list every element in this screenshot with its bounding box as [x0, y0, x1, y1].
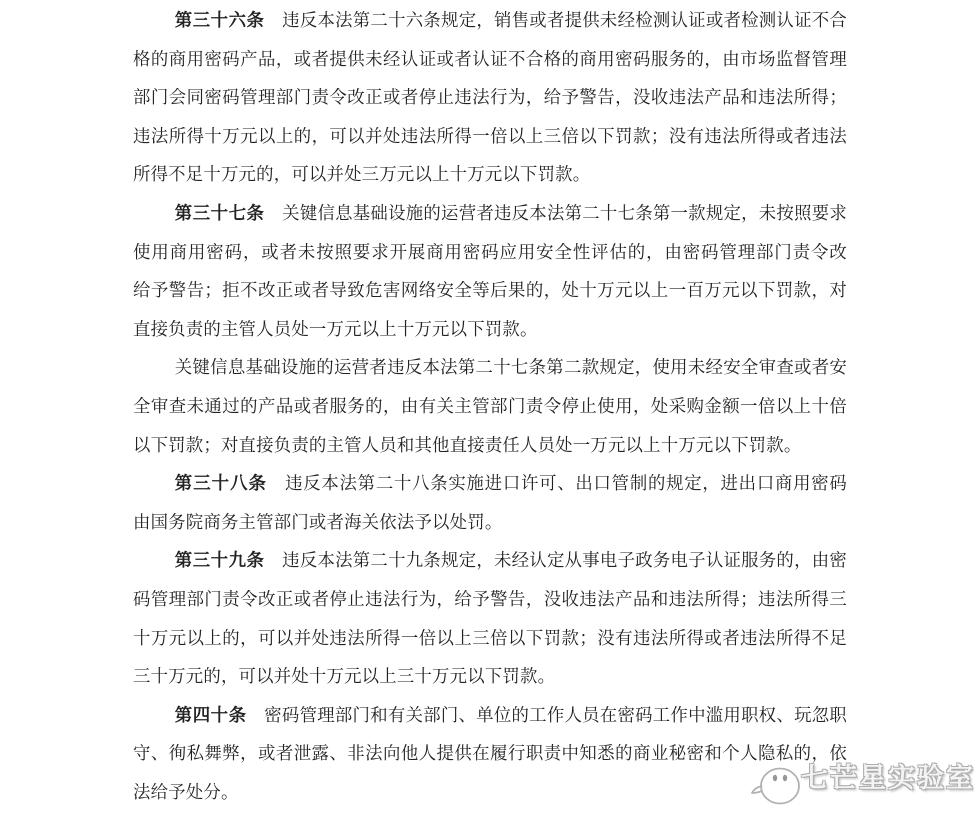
line-text: 密码管理部门和有关部门、单位的工作人员在密码工作中滥用职权、玩忽职: [247, 705, 847, 725]
text-line: 守、徇私舞弊，或者泄露、非法向他人提供在履行职责中知悉的商业秘密和个人隐私的，依: [133, 734, 847, 773]
text-line: 第三十九条 违反本法第二十九条规定，未经认定从事电子政务电子认证服务的，由密: [133, 541, 847, 580]
article-39-paragraph: 第三十九条 违反本法第二十九条规定，未经认定从事电子政务电子认证服务的，由密 码…: [133, 541, 847, 695]
article-37-second-clause-paragraph: 关键信息基础设施的运营者违反本法第二十七条第二款规定，使用未经安全审查或者安 全…: [133, 348, 847, 464]
line-text: 违反本法第二十六条规定，销售或者提供未经检测认证或者检测认证不合: [265, 10, 847, 30]
text-line: 码管理部门责令改正或者停止违法行为，给予警告，没收违法产品和违法所得；违法所得三: [133, 580, 847, 619]
article-37-paragraph: 第三十七条 关键信息基础设施的运营者违反本法第二十七条第一款规定，未按照要求 使…: [133, 194, 847, 348]
text-line: 由国务院商务主管部门或者海关依法予以处罚。: [133, 503, 847, 542]
text-line: 使用商用密码，或者未按照要求开展商用密码应用安全性评估的，由密码管理部门责令改正…: [133, 233, 847, 272]
text-line: 三十万元的，可以并处十万元以上三十万元以下罚款。: [133, 657, 847, 696]
text-line: 部门会同密码管理部门责令改正或者停止违法行为，给予警告，没收违法产品和违法所得；: [133, 78, 847, 117]
text-line: 给予警告；拒不改正或者导致危害网络安全等后果的，处十万元以上一百万元以下罚款，对: [133, 271, 847, 310]
article-36-paragraph: 第三十六条 违反本法第二十六条规定，销售或者提供未经检测认证或者检测认证不合 格…: [133, 1, 847, 194]
document-page: 第三十六条 违反本法第二十六条规定，销售或者提供未经检测认证或者检测认证不合 格…: [0, 0, 974, 814]
line-text: 违反本法第二十九条规定，未经认定从事电子政务电子认证服务的，由密: [265, 550, 847, 570]
article-number: 第三十八条: [175, 473, 267, 493]
text-line: 直接负责的主管人员处一万元以上十万元以下罚款。: [133, 310, 847, 349]
text-line: 第三十八条 违反本法第二十八条实施进口许可、出口管制的规定，进出口商用密码的，: [133, 464, 847, 503]
text-line: 以下罚款；对直接负责的主管人员和其他直接责任人员处一万元以上十万元以下罚款。: [133, 426, 847, 465]
text-line: 十万元以上的，可以并处违法所得一倍以上三倍以下罚款；没有违法所得或者违法所得不足: [133, 619, 847, 658]
line-text: 关键信息基础设施的运营者违反本法第二十七条第二款规定，使用未经安全审查或者安: [175, 357, 847, 377]
text-line: 关键信息基础设施的运营者违反本法第二十七条第二款规定，使用未经安全审查或者安: [133, 348, 847, 387]
text-line: 违法所得十万元以上的，可以并处违法所得一倍以上三倍以下罚款；没有违法所得或者违法: [133, 117, 847, 156]
text-line: 全审查未通过的产品或者服务的，由有关主管部门责令停止使用，处采购金额一倍以上十倍: [133, 387, 847, 426]
text-line: 格的商用密码产品，或者提供未经认证或者认证不合格的商用密码服务的，由市场监督管理: [133, 40, 847, 79]
article-40-paragraph: 第四十条 密码管理部门和有关部门、单位的工作人员在密码工作中滥用职权、玩忽职 守…: [133, 696, 847, 812]
line-text: 关键信息基础设施的运营者违反本法第二十七条第一款规定，未按照要求: [265, 203, 847, 223]
text-line: 第三十七条 关键信息基础设施的运营者违反本法第二十七条第一款规定，未按照要求: [133, 194, 847, 233]
article-number: 第三十九条: [175, 550, 265, 570]
article-number: 第四十条: [175, 705, 247, 725]
text-line: 第三十六条 违反本法第二十六条规定，销售或者提供未经检测认证或者检测认证不合: [133, 1, 847, 40]
document-body: 第三十六条 违反本法第二十六条规定，销售或者提供未经检测认证或者检测认证不合 格…: [133, 1, 847, 811]
article-number: 第三十七条: [175, 203, 265, 223]
text-line: 法给予处分。: [133, 773, 847, 812]
article-38-paragraph: 第三十八条 违反本法第二十八条实施进口许可、出口管制的规定，进出口商用密码的， …: [133, 464, 847, 541]
article-number: 第三十六条: [175, 10, 265, 30]
text-line: 第四十条 密码管理部门和有关部门、单位的工作人员在密码工作中滥用职权、玩忽职: [133, 696, 847, 735]
text-line: 所得不足十万元的，可以并处三万元以上十万元以下罚款。: [133, 155, 847, 194]
